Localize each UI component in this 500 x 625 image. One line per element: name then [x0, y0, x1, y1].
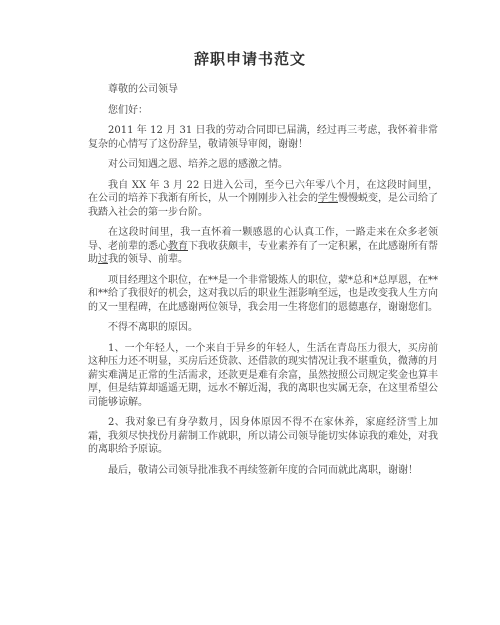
paragraph-reason-lead: 不得不离职的原因。 — [88, 321, 438, 335]
text-segment: 对公司知遇之恩、培养之恩的感激之情。 — [108, 159, 288, 170]
text-segment: 尊敬的公司领导 — [108, 84, 178, 95]
title-row: 辞职申请书范文 — [0, 48, 500, 69]
text-segment: 1、一个年轻人，一个来自于异乡的年轻人，生活在青岛压力很大，买房前这种压力还不明… — [88, 343, 438, 408]
underlined-term: 过 — [98, 254, 108, 265]
paragraph-intro: 2011 年 12 月 31 日我的劳动合同即已届满，经过再三考虑，我怀着非常复… — [88, 124, 438, 151]
page-title: 辞职申请书范文 — [194, 48, 306, 69]
text-segment: 您们好： — [108, 105, 148, 116]
paragraph-greeting: 您们好： — [88, 104, 438, 118]
text-segment: 2011 年 12 月 31 日我的劳动合同即已届满，经过再三考虑，我怀着非常复… — [88, 125, 438, 150]
document-body: 尊敬的公司领导您们好：2011 年 12 月 31 日我的劳动合同即已届满，经过… — [88, 83, 438, 477]
text-segment: 2、我对象已有身孕数月，因身体原因不得不在家休养，家庭经济雪上加霜，我须尽快找份… — [88, 417, 438, 455]
paragraph-project-manager: 项目经理这个职位，在**是一个非常锻炼人的职位，蒙*总和*总厚恩，在**和**给… — [88, 274, 438, 315]
text-segment: 不得不离职的原因。 — [108, 322, 198, 333]
underlined-term: 教育 — [168, 241, 188, 252]
resignation-letter-page: 辞职申请书范文 尊敬的公司领导您们好：2011 年 12 月 31 日我的劳动合… — [0, 0, 500, 625]
paragraph-closing: 最后，敬请公司领导批准我不再续签新年度的合同而就此离职，谢谢！ — [88, 464, 438, 478]
paragraph-reason-2: 2、我对象已有身孕数月，因身体原因不得不在家休养，家庭经济雪上加霜，我须尽快找份… — [88, 416, 438, 457]
paragraph-reason-1: 1、一个年轻人，一个来自于异乡的年轻人，生活在青岛压力很大，买房前这种压力还不明… — [88, 342, 438, 410]
paragraph-thanks-mentors: 在这段时间里，我一直怀着一颗感恩的心认真工作，一路走来在众多老领导、老前辈的悉心… — [88, 226, 438, 267]
paragraph-salutation: 尊敬的公司领导 — [88, 83, 438, 97]
text-segment: 最后，敬请公司领导批准我不再续签新年度的合同而就此离职，谢谢！ — [108, 465, 418, 476]
underlined-term: 学生 — [318, 193, 338, 204]
paragraph-company-history: 我自 XX 年 3 月 22 日进入公司，至今已六年零八个月，在这段时间里，在公… — [88, 179, 438, 220]
text-segment: 我的领导、前辈。 — [108, 254, 188, 265]
text-segment: 项目经理这个职位，在**是一个非常锻炼人的职位，蒙*总和*总厚恩，在**和**给… — [88, 275, 438, 313]
paragraph-gratitude-lead: 对公司知遇之恩、培养之恩的感激之情。 — [88, 158, 438, 172]
